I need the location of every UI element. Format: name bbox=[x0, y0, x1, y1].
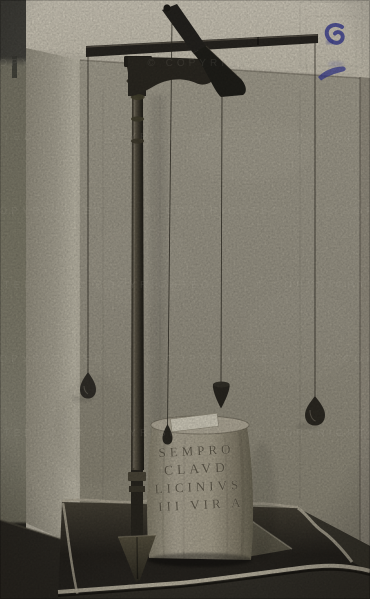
museum-photograph: SEMPRO CLAVD LICINIVS III VIR A bbox=[0, 0, 370, 599]
vignette bbox=[0, 0, 370, 599]
photo-canvas: SEMPRO CLAVD LICINIVS III VIR A bbox=[0, 0, 370, 599]
